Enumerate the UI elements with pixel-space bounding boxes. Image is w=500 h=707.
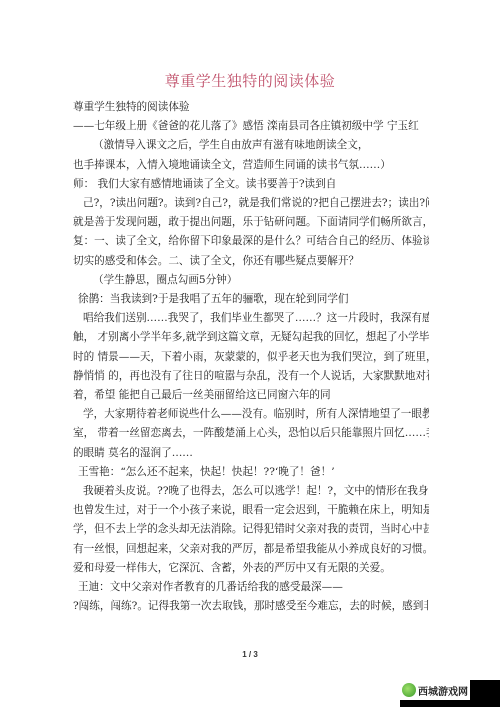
watermark-logo-icon	[402, 683, 416, 697]
text-line: （激情导入课文之后，学生自由放声有滋有味地朗读全文，	[73, 136, 429, 155]
text-line: 唱给我们送别……我哭了，我们毕业生都哭了……？这一片段时，我深有感	[73, 309, 429, 328]
text-line: 静悄悄 的，再也没有了往日的喧嚣与杂乱，没有一个人说话，大家默默地对视	[73, 367, 429, 386]
text-line: （学生静思，圈点勾画5分钟）	[73, 271, 429, 290]
text-line: 切实的感受和体会。二、读了全文，你还有哪些疑点要解开？	[73, 252, 429, 271]
watermark-bar	[400, 700, 472, 707]
text-line: 时的 情景——天，下着小雨，灰蒙蒙的，似乎老天也为我们哭泣，到了班里，	[73, 348, 429, 367]
page-number: 1 / 3	[0, 650, 500, 659]
subtitle-line: 尊重学生独特的阅读体验	[73, 98, 429, 117]
text-line: 王迪：文中父亲对作者教育的几番话给我的感受最深——	[73, 578, 429, 597]
text-line: 着，希望 能把自己最后一丝美丽留给这已同窗六年的同	[73, 386, 429, 405]
watermark: 西城游戏网	[400, 680, 500, 707]
watermark-text: 西城游戏网	[418, 683, 468, 698]
text-line: 室， 带着一丝留恋离去，一阵酸楚涌上心头，恐怕以后只能靠照片回忆……我	[73, 424, 429, 443]
text-line: 复：一、读了全文，给你留下印象最深的是什么？可结合自己的经历、体验谈出	[73, 232, 429, 251]
document-page: 尊重学生独特的阅读体验 尊重学生独特的阅读体验 ——七年级上册《爸爸的花儿落了》…	[0, 0, 500, 707]
author-line: ——七年级上册《爸爸的花儿落了》感悟 滦南县司各庄镇初级中学 宁玉红	[73, 117, 429, 136]
text-line: 触， 才别离小学半年多,就学到这篇文章，无疑勾起我的回忆，想起了小学毕业	[73, 328, 429, 347]
text-line: 己?，?读出问题?。读到?自己?，就是我们常说的?把自己摆进去?；读出?问题?	[73, 194, 429, 213]
text-line: 的眼睛 莫名的湿润了……	[73, 444, 429, 463]
text-line: 徐鹊：当我读到?于是我唱了五年的骊歌，现在轮到同学们	[73, 290, 429, 309]
text-line: ?闯练，闯练?。记得我第一次去取钱，那时感受至今难忘，去的时候，感到非	[73, 597, 429, 616]
text-line: 爱和母爱一样伟大，它深沉、含蓄，外表的严厉中又有无限的关爱。	[73, 559, 429, 578]
text-line: 师： 我们大家有感情地诵读了全文。读书要善于?读到自	[73, 175, 429, 194]
document-title: 尊重学生独特的阅读体验	[0, 70, 500, 91]
text-line: 王雪艳：“怎么还不起来，快起！快起！??‘晚了！爸！’	[73, 463, 429, 482]
text-line: 也手捧课本，入情入境地诵读全文，营造师生同诵的读书气氛……）	[73, 156, 429, 175]
text-line: 就是善于发现问题，敢于提出问题，乐于钻研问题。下面请同学们畅所欲言，答	[73, 213, 429, 232]
black-block	[470, 680, 500, 707]
text-line: 学，大家期待着老师说些什么——没有。临别时，所有人深情地望了一眼教	[73, 405, 429, 424]
document-body: 尊重学生独特的阅读体验 ——七年级上册《爸爸的花儿落了》感悟 滦南县司各庄镇初级…	[73, 98, 429, 616]
text-line: 学，但不去上学的念头却无法消除。记得犯错时父亲对我的责罚，当时心中甚至	[73, 520, 429, 539]
text-line: 有一丝恨，回想起来，父亲对我的严厉，都是希望我能从小养成良好的习惯。父	[73, 540, 429, 559]
text-line: 我硬着头皮说。??晚了也得去，怎么可以逃学！起！?，文中的情形在我身上	[73, 482, 429, 501]
text-line: 也曾发生过，对于一个小孩子来说，眼看一定会迟到，干脆赖在床上，明知是逃	[73, 501, 429, 520]
